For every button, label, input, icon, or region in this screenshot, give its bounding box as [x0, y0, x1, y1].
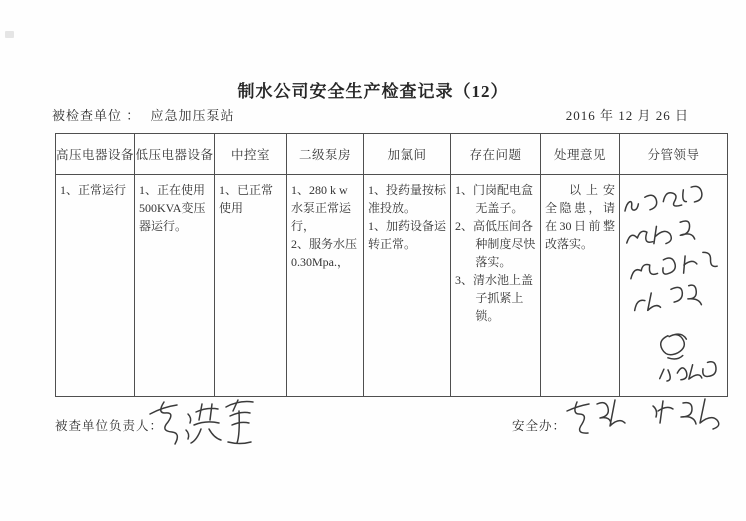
inspected-unit-line: 被检查单位 ： 应急加压泵站 — [52, 105, 235, 124]
handwriting-strokes — [620, 183, 728, 391]
header-low-voltage: 低压电器设备 — [135, 134, 215, 175]
inspection-record-table: 高压电器设备 低压电器设备 中控室 二级泵房 加氯间 存在问题 处理意见 分管领… — [55, 133, 728, 397]
inspected-unit-label: 被检查单位 ： — [52, 108, 140, 123]
problem-item: 2、高低压间各种制度尽快落实。 — [455, 217, 536, 271]
cell-text: 以上安全隐患，请在30日前整改落实。 — [545, 181, 615, 253]
cell-text: 1、已正常使用 — [219, 181, 282, 217]
header-handling-opinion: 处理意见 — [541, 134, 620, 175]
cell-supervising-leader — [620, 175, 728, 397]
header-problems: 存在问题 — [451, 134, 541, 175]
cell-control-room: 1、已正常使用 — [215, 175, 287, 397]
cell-secondary-pump-room: 1、280 k w 水泵正常运行， 2、服务水压0.30Mpa.， — [287, 175, 364, 397]
problem-item: 3、清水池上盖子抓紧上锁。 — [455, 271, 536, 325]
header-secondary-pump-room: 二级泵房 — [287, 134, 364, 175]
problem-item: 1、门岗配电盒无盖子。 — [455, 181, 536, 217]
cell-high-voltage: 1、正常运行 — [56, 175, 135, 397]
cell-text: 1、正在使用500KVA变压器运行。 — [139, 181, 210, 235]
inspection-date: 2016 年 12 月 26 日 — [566, 105, 689, 124]
scanned-document-page: 制水公司安全生产检查记录（12） 被检查单位 ： 应急加压泵站 2016 年 1… — [0, 0, 746, 521]
page-title: 制水公司安全生产检查记录（12） — [0, 77, 746, 102]
cell-chlorination-room: 1、投药量按标准投放。 1、加药设备运转正常。 — [364, 175, 451, 397]
cell-text: 1、280 k w 水泵正常运行， — [291, 181, 359, 235]
handwritten-leader-note — [620, 183, 728, 396]
cell-text: 1、加药设备运转正常。 — [368, 217, 446, 253]
safety-office-signatures — [563, 396, 738, 442]
cell-text: 1、正常运行 — [60, 181, 130, 199]
header-high-voltage: 高压电器设备 — [56, 134, 135, 175]
scan-smudge — [5, 31, 14, 38]
cell-text: 1、投药量按标准投放。 — [368, 181, 446, 217]
header-chlorination-room: 加氯间 — [364, 134, 451, 175]
inspected-leader-signature — [146, 398, 261, 450]
header-control-room: 中控室 — [215, 134, 287, 175]
header-supervising-leader: 分管领导 — [620, 134, 728, 175]
cell-low-voltage: 1、正在使用500KVA变压器运行。 — [135, 175, 215, 397]
cell-handling-opinion: 以上安全隐患，请在30日前整改落实。 — [541, 175, 620, 397]
safety-office-label: 安全办： — [512, 416, 566, 434]
cell-problems: 1、门岗配电盒无盖子。 2、高低压间各种制度尽快落实。 3、清水池上盖子抓紧上锁… — [451, 175, 541, 397]
cell-text: 2、服务水压0.30Mpa.， — [291, 235, 359, 271]
table-header-row: 高压电器设备 低压电器设备 中控室 二级泵房 加氯间 存在问题 处理意见 分管领… — [56, 134, 728, 175]
table-row: 1、正常运行 1、正在使用500KVA变压器运行。 1、已正常使用 1、280 … — [56, 175, 728, 397]
inspected-unit-value: 应急加压泵站 — [151, 108, 235, 123]
